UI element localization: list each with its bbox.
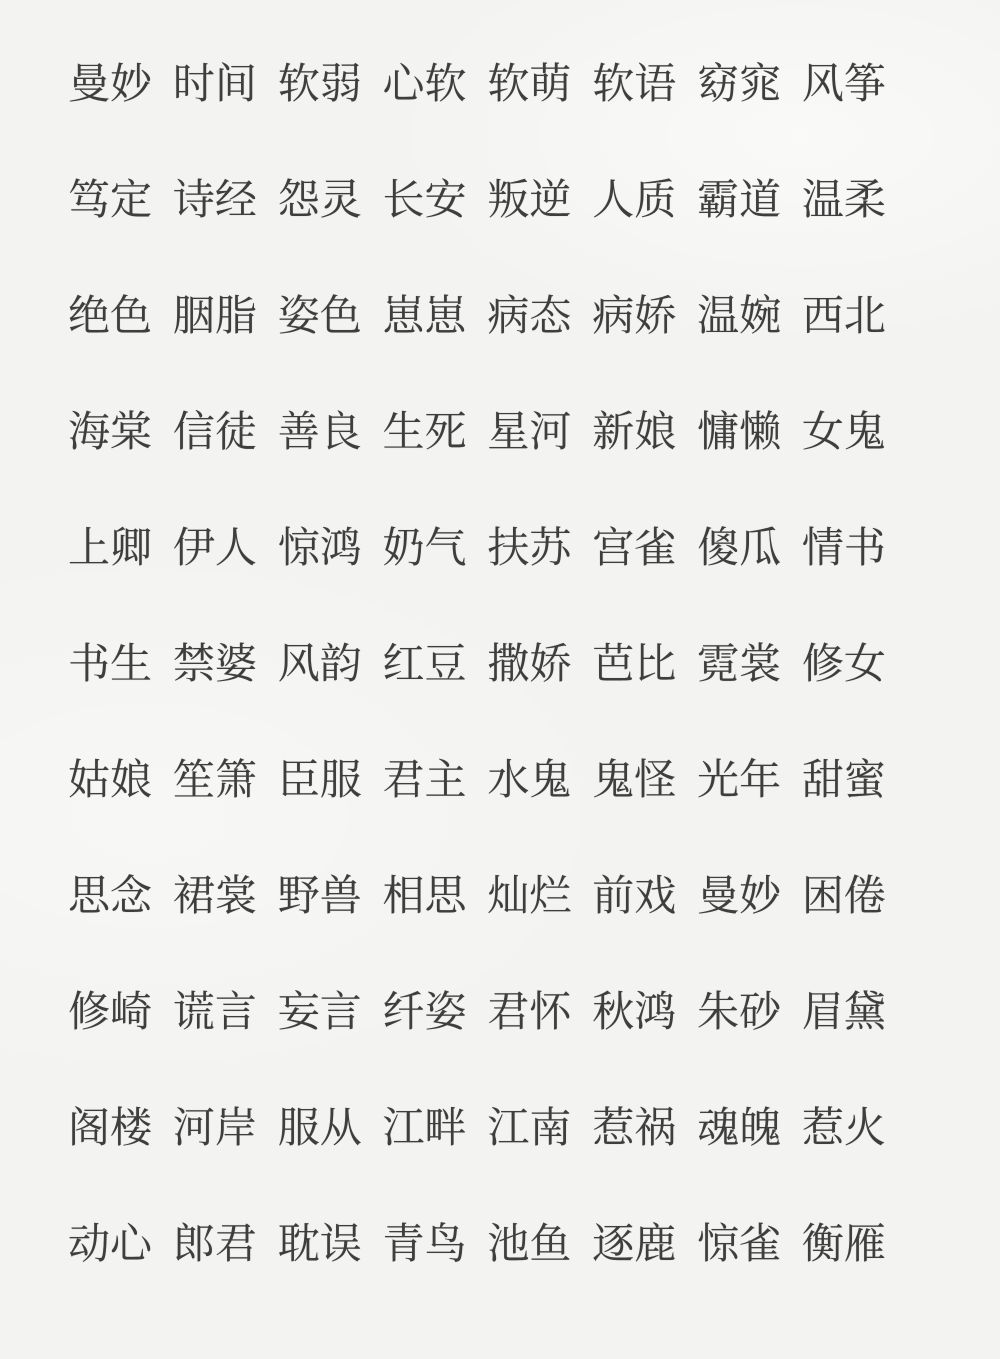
word: 宫雀 [592,527,676,569]
word: 生死 [383,411,467,453]
word: 信徒 [173,411,257,453]
word: 灿烂 [487,875,571,917]
word-row: 海棠信徒善良生死星河新娘慵懒女鬼 [68,411,886,453]
word: 君怀 [487,991,571,1033]
word: 修崎 [68,991,152,1033]
word: 裙裳 [173,875,257,917]
word: 河岸 [173,1107,257,1149]
word: 病态 [487,295,571,337]
word: 曼妙 [697,875,781,917]
word: 前戏 [592,875,676,917]
word: 姿色 [278,295,362,337]
word: 臣服 [278,759,362,801]
word: 傻瓜 [697,527,781,569]
word: 风韵 [278,643,362,685]
word: 霓裳 [697,643,781,685]
word-row: 阁楼河岸服从江畔江南惹祸魂魄惹火 [68,1107,886,1149]
word: 绝色 [68,295,152,337]
word: 温婉 [697,295,781,337]
word: 善良 [278,411,362,453]
word: 逐鹿 [592,1223,676,1265]
word: 软语 [592,63,676,105]
word: 江畔 [383,1107,467,1149]
word: 衡雁 [802,1223,886,1265]
word: 长安 [383,179,467,221]
word: 芭比 [592,643,676,685]
word: 姑娘 [68,759,152,801]
word: 禁婆 [173,643,257,685]
word: 霸道 [697,179,781,221]
word: 谎言 [173,991,257,1033]
word: 野兽 [278,875,362,917]
word: 笙箫 [173,759,257,801]
word: 慵懒 [697,411,781,453]
word: 温柔 [802,179,886,221]
word: 怨灵 [278,179,362,221]
word: 妄言 [278,991,362,1033]
word: 窈窕 [697,63,781,105]
word: 君主 [383,759,467,801]
word: 西北 [802,295,886,337]
word: 眉黛 [802,991,886,1033]
word: 耽误 [278,1223,362,1265]
word: 修女 [802,643,886,685]
word: 软萌 [487,63,571,105]
word: 女鬼 [802,411,886,453]
word: 鬼怪 [592,759,676,801]
word: 风筝 [802,63,886,105]
word: 软弱 [278,63,362,105]
word: 江南 [487,1107,571,1149]
word: 笃定 [68,179,152,221]
word: 郎君 [173,1223,257,1265]
word: 情书 [802,527,886,569]
word: 池鱼 [487,1223,571,1265]
word: 撒娇 [487,643,571,685]
word: 叛逆 [487,179,571,221]
word: 青鸟 [383,1223,467,1265]
word: 惊鸿 [278,527,362,569]
word: 胭脂 [173,295,257,337]
word: 心软 [383,63,467,105]
word-row: 动心郎君耽误青鸟池鱼逐鹿惊雀衡雁 [68,1223,886,1265]
word: 崽崽 [383,295,467,337]
word: 诗经 [173,179,257,221]
word-row: 曼妙时间软弱心软软萌软语窈窕风筝 [68,63,886,105]
word-row: 笃定诗经怨灵长安叛逆人质霸道温柔 [68,179,886,221]
word-row: 书生禁婆风韵红豆撒娇芭比霓裳修女 [68,643,886,685]
word: 魂魄 [697,1107,781,1149]
word: 甜蜜 [802,759,886,801]
word: 星河 [487,411,571,453]
word: 曼妙 [68,63,152,105]
word-row: 姑娘笙箫臣服君主水鬼鬼怪光年甜蜜 [68,759,886,801]
word: 人质 [592,179,676,221]
word: 书生 [68,643,152,685]
word: 水鬼 [487,759,571,801]
word: 光年 [697,759,781,801]
word: 思念 [68,875,152,917]
word: 惹火 [802,1107,886,1149]
word-row: 上卿伊人惊鸿奶气扶苏宫雀傻瓜情书 [68,527,886,569]
word: 困倦 [802,875,886,917]
word: 伊人 [173,527,257,569]
word-row: 思念裙裳野兽相思灿烂前戏曼妙困倦 [68,875,886,917]
word: 惊雀 [697,1223,781,1265]
word: 秋鸿 [592,991,676,1033]
word-row: 修崎谎言妄言纤姿君怀秋鸿朱砂眉黛 [68,991,886,1033]
word: 扶苏 [487,527,571,569]
word-grid: 曼妙时间软弱心软软萌软语窈窕风筝笃定诗经怨灵长安叛逆人质霸道温柔绝色胭脂姿色崽崽… [0,0,1000,1265]
word-row: 绝色胭脂姿色崽崽病态病娇温婉西北 [68,295,886,337]
word: 服从 [278,1107,362,1149]
word: 海棠 [68,411,152,453]
word: 纤姿 [383,991,467,1033]
word: 惹祸 [592,1107,676,1149]
word: 阁楼 [68,1107,152,1149]
word: 动心 [68,1223,152,1265]
word: 新娘 [592,411,676,453]
word: 病娇 [592,295,676,337]
word-list-page: 曼妙时间软弱心软软萌软语窈窕风筝笃定诗经怨灵长安叛逆人质霸道温柔绝色胭脂姿色崽崽… [0,0,1000,1359]
word: 上卿 [68,527,152,569]
word: 相思 [383,875,467,917]
word: 红豆 [383,643,467,685]
word: 奶气 [383,527,467,569]
word: 朱砂 [697,991,781,1033]
word: 时间 [173,63,257,105]
